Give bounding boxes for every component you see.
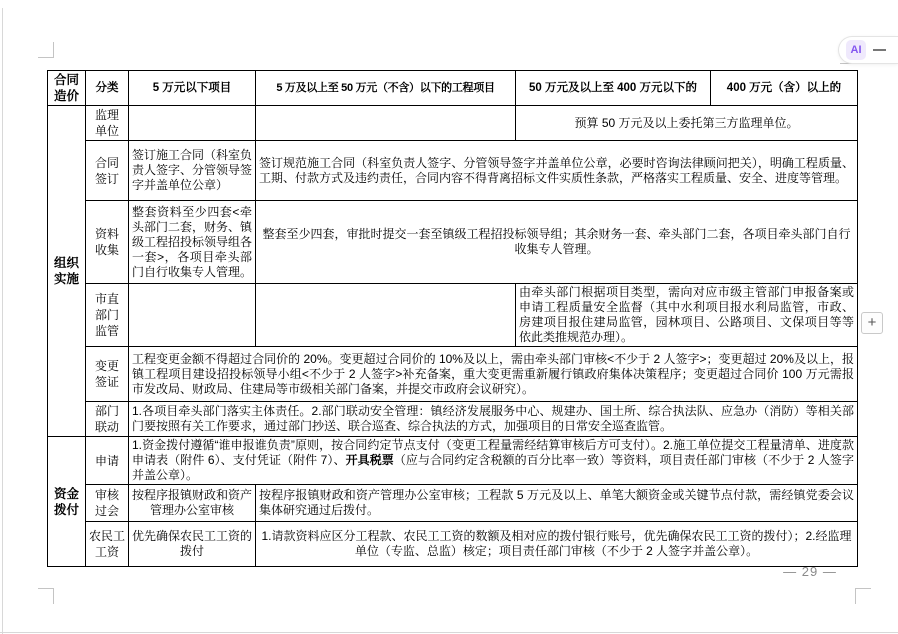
cell-dept-linkage-span[interactable]: 1.各项目牵头部门落实主体责任。2.部门联动安全管理：镇经济发展服务中心、规建办… (129, 402, 858, 437)
table-row-application: 资金 拨付 申请 1.资金拨付遵循“谁申报谁负责”原则，按合同约定节点支付（变更… (48, 437, 858, 485)
ai-assistant-icon[interactable]: AI (846, 40, 866, 60)
row-label-dept-linkage[interactable]: 部门 联动 (86, 402, 129, 437)
cell-change-visa-span[interactable]: 工程变更金额不得超过合同价的 20%。变更超过合同价的 10%及以上，需由牵头部… (129, 347, 858, 402)
header-5w-to-50w[interactable]: 5 万及以上至 50 万元（不含）以下的工程项目 (256, 71, 516, 106)
page-margin-mark-bottom-left (38, 588, 54, 604)
toolbar-handle-icon[interactable] (873, 49, 886, 51)
table-row-review-meeting: 审核 过会 按程序报镇财政和资产管理办公室审核 按程序报镇财政和资产管理办公室审… (48, 485, 858, 522)
cell-review-span[interactable]: 按程序报镇财政和资产管理办公室审核；工程款 5 万元及以上、单笔大额资金或关键节… (256, 485, 858, 522)
table-row-dept-linkage: 部门 联动 1.各项目牵头部门落实主体责任。2.部门联动安全管理：镇经济发展服务… (48, 402, 858, 437)
cell-city-dept-under-5w-empty[interactable] (129, 284, 256, 347)
row-label-data-collection[interactable]: 资料 收集 (86, 201, 129, 284)
header-contract-cost[interactable]: 合同 造价 (48, 71, 86, 106)
cell-supervision-under-5w-empty[interactable] (129, 106, 256, 141)
row-label-review-meeting[interactable]: 审核 过会 (86, 485, 129, 522)
cell-data-collection-under-5w[interactable]: 整套资料至少四套<牵头部门二套，财务、镇级工程招投标领导组各一套>，各项目牵头部… (129, 201, 256, 284)
group-label-implementation[interactable]: 组织 实施 (48, 106, 86, 437)
table-row-contract-signing: 合同 签订 签订施工合同（科室负责人签字、分管领导签字并盖单位公章） 签订规范施… (48, 141, 858, 201)
table-row-migrant-wages: 农民工 工资 优先确保农民工工资的拨付 1.请款资料应区分工程款、农民工工资的数… (48, 522, 858, 567)
cell-contract-signing-span[interactable]: 签订规范施工合同（科室负责人签字、分管领导签字并盖单位公章，必要时咨询法律顾问把… (256, 141, 858, 201)
cell-review-under-5w[interactable]: 按程序报镇财政和资产管理办公室审核 (129, 485, 256, 522)
header-under-5w[interactable]: 5 万元以下项目 (129, 71, 256, 106)
application-text-bold: 开具税票 (346, 453, 394, 467)
contract-procedure-table: 合同 造价 分类 5 万元以下项目 5 万及以上至 50 万元（不含）以下的工程… (47, 70, 858, 567)
cell-data-collection-span[interactable]: 整套至少四套，审批时提交一套至镇级工程招投标领导组；其余财务一套、牵头部门二套，… (256, 201, 858, 284)
cell-supervision-span[interactable]: 预算 50 万元及以上委托第三方监理单位。 (516, 106, 858, 141)
canvas-edge-left (2, 8, 3, 634)
cell-city-dept-5w-50w-empty[interactable] (256, 284, 516, 347)
insert-plus-button[interactable]: + (861, 312, 883, 334)
row-label-migrant-wages[interactable]: 农民工 工资 (86, 522, 129, 567)
header-50w-to-400w[interactable]: 50 万元及以上至 400 万元以下的 (516, 71, 711, 106)
row-label-supervision-unit[interactable]: 监理 单位 (86, 106, 129, 141)
header-above-400w[interactable]: 400 万元（含）以上的 (711, 71, 858, 106)
cell-supervision-5w-50w-empty[interactable] (256, 106, 516, 141)
page-margin-mark-top-left (38, 42, 54, 58)
cell-city-dept-span[interactable]: 由牵头部门根据项目类型，需向对应市级主管部门申报备案或申请工程质量安全监督（其中… (516, 284, 858, 347)
page-number: — 29 — (755, 564, 865, 579)
cell-wages-span[interactable]: 1.请款资料应区分工程款、农民工工资的数额及相对应的拨付银行账号，优先确保农民工… (256, 522, 858, 567)
table-header-row: 合同 造价 分类 5 万元以下项目 5 万及以上至 50 万元（不含）以下的工程… (48, 71, 858, 106)
row-label-city-dept-supervision[interactable]: 市直 部门 监管 (86, 284, 129, 347)
header-category[interactable]: 分类 (86, 71, 129, 106)
table-row-change-visa: 变更 签证 工程变更金额不得超过合同价的 20%。变更超过合同价的 10%及以上… (48, 347, 858, 402)
cell-wages-under-5w[interactable]: 优先确保农民工工资的拨付 (129, 522, 256, 567)
ai-assistant-toolbar[interactable]: AI (838, 36, 898, 64)
table-row-supervision-unit: 组织 实施 监理 单位 预算 50 万元及以上委托第三方监理单位。 (48, 106, 858, 141)
row-label-application[interactable]: 申请 (86, 437, 129, 485)
group-label-fund-payment[interactable]: 资金 拨付 (48, 437, 86, 567)
cell-contract-signing-under-5w[interactable]: 签订施工合同（科室负责人签字、分管领导签字并盖单位公章） (129, 141, 256, 201)
table-row-city-dept-supervision: 市直 部门 监管 由牵头部门根据项目类型，需向对应市级主管部门申报备案或申请工程… (48, 284, 858, 347)
canvas-edge-bottom (0, 632, 898, 633)
cell-application-span[interactable]: 1.资金拨付遵循“谁申报谁负责”原则，按合同约定节点支付（变更工程量需经结算审核… (129, 437, 858, 485)
row-label-contract-signing[interactable]: 合同 签订 (86, 141, 129, 201)
table-row-data-collection: 资料 收集 整套资料至少四套<牵头部门二套，财务、镇级工程招投标领导组各一套>，… (48, 201, 858, 284)
row-label-change-visa[interactable]: 变更 签证 (86, 347, 129, 402)
page-margin-mark-bottom-right (855, 588, 871, 604)
